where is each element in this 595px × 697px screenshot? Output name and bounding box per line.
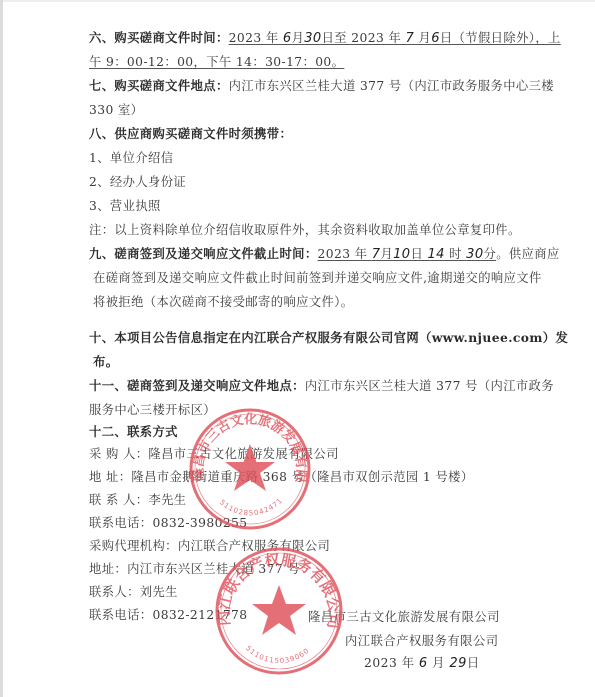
handwritten-day: 29 [449, 656, 467, 671]
handwritten-day: 30 [304, 31, 321, 46]
section-9-deadline-value: 2023 年 7月10日 14 时 30分 [318, 247, 497, 261]
section-9-line3: 将被拒绝（本次磋商不接受邮寄的响应文件）。 [93, 294, 354, 310]
agency-phone: 联系电话：0832-2121778 [89, 607, 248, 623]
agency-contact: 联系人：刘先生 [89, 584, 178, 600]
section-7-purchase-location: 七、购买磋商文件地点：内江市东兴区兰桂大道 377 号（内江市政务服务中心三楼 [89, 78, 554, 94]
purchaser-address: 地 址：隆昌市金鹅街道重庆路 368 号（隆昌市双创示范园 1 号楼） [89, 469, 474, 485]
section-10-announcement: 十、本项目公告信息指定在内江联合产权服务有限公司官网（www.njuee.com… [89, 330, 568, 346]
section-11-label: 十一、磋商签到及递交响应文件地点： [89, 378, 305, 393]
section-11-line2: 服务中心三楼开标区） [89, 402, 216, 418]
document-page: 六、购买磋商文件时间：2023 年 6月30日至 2023 年 7 月6日（节假… [0, 0, 595, 697]
required-doc-item: 2、经办人身份证 [89, 174, 186, 190]
required-doc-item: 3、营业执照 [89, 198, 161, 214]
handwritten-month: 6 [283, 31, 292, 46]
section-8-note: 注：以上资料除单位介绍信收取原件外，其余资料收取加盖单位公章复印件。 [89, 222, 521, 238]
section-9-label: 九、磋商签到及递交响应文件截止时间： [89, 246, 318, 261]
section-6-label: 六、购买磋商文件时间： [89, 30, 229, 45]
section-7-label: 七、购买磋商文件地点： [89, 78, 229, 93]
agency-address: 地址：内江市东兴区兰桂大道 377 号 [89, 561, 300, 577]
signature-company-1: 隆昌市三古文化旅游发展有限公司 [308, 609, 500, 625]
handwritten-month: 6 [419, 656, 428, 671]
handwritten-month: 7 [406, 31, 415, 46]
section-9-deadline: 九、磋商签到及递交响应文件截止时间：2023 年 7月10日 14 时 30分。… [89, 246, 560, 263]
required-doc-item: 1、单位介绍信 [89, 150, 173, 166]
signature-date: 2023 年 6 月 29日 [364, 655, 480, 672]
section-7-line2: 330 室） [89, 102, 143, 118]
section-11-location: 十一、磋商签到及递交响应文件地点：内江市东兴区兰桂大道 377 号（内江市政务 [89, 378, 554, 394]
section-6-hours: 午 9：00-12：00，下午 14：30-17：00。 [89, 54, 344, 70]
svg-text:5110115039060: 5110115039060 [244, 644, 311, 665]
section-6-purchase-time: 六、购买磋商文件时间：2023 年 6月30日至 2023 年 7 月6日（节假… [89, 30, 561, 47]
purchaser-name: 采 购 人：隆昌市三古文化旅游发展有限公司 [89, 446, 339, 462]
section-6-dates: 2023 年 6月30日至 2023 年 7 月6日（节假日除外），上 [229, 31, 561, 45]
section-8-label: 八、供应商购买磋商文件时须携带： [89, 126, 292, 142]
section-10-line2: 布。 [93, 354, 118, 370]
purchaser-phone: 联系电话：0832-3980255 [89, 515, 248, 531]
signature-company-2: 内江联合产权服务有限公司 [345, 633, 499, 649]
purchaser-contact: 联 系 人：李先生 [89, 492, 187, 508]
section-12-label: 十二、联系方式 [89, 424, 178, 440]
section-9-line2: 在磋商签到及递交响应文件截止时间前签到并递交响应文件,逾期递交的响应文件 [93, 270, 542, 286]
handwritten-day: 6 [431, 31, 440, 46]
agency-name: 采购代理机构：内江联合产权服务有限公司 [89, 538, 330, 554]
